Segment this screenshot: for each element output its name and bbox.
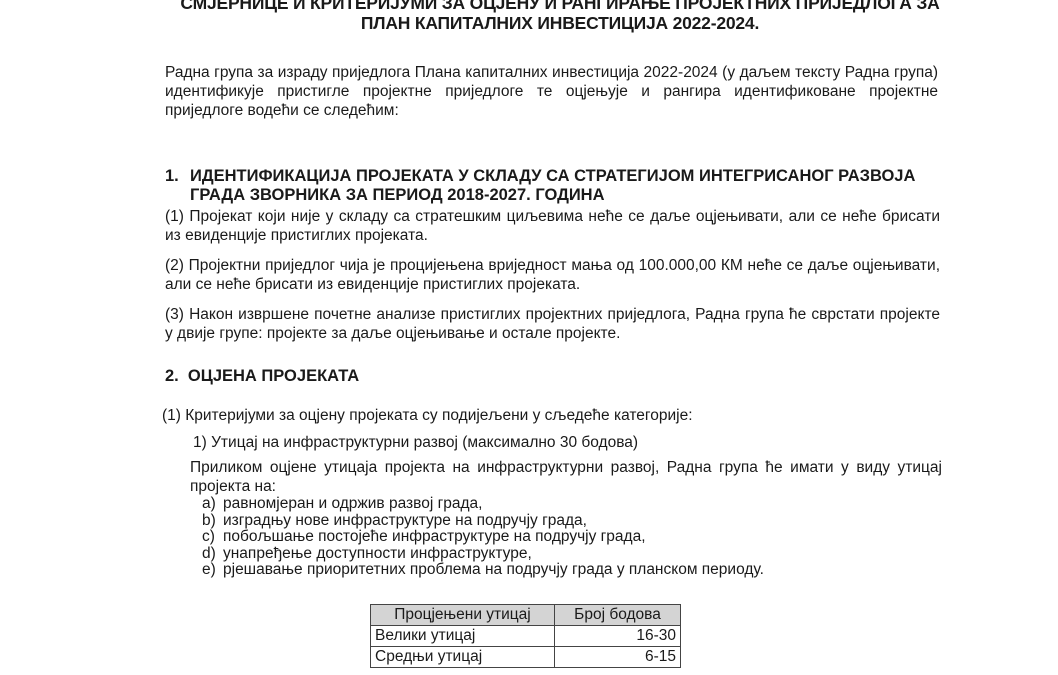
section1-number: 1.	[165, 167, 190, 186]
list-item: e)рјешавање приоритетних проблема на под…	[202, 562, 764, 579]
list-item-letter: e)	[202, 562, 223, 579]
list-item: a)равномјеран и одржив развој града,	[202, 496, 764, 513]
document-title-line1: СМЈЕРНИЦЕ И КРИТЕРИЈУМИ ЗА ОЦЈЕНУ И РАНГ…	[180, 0, 940, 13]
list-item: b)изградњу нове инфраструктуре на подруч…	[202, 513, 764, 530]
section1-heading: 1.ИДЕНТИФИКАЦИЈА ПРОЈЕКАТА У СКЛАДУ СА С…	[165, 167, 945, 205]
section1-paragraph-3: (3) Након извршене почетне анализе прист…	[165, 305, 940, 343]
table-header-row: Процјењени утицај Број бодова	[371, 605, 681, 626]
list-item-letter: d)	[202, 546, 223, 563]
document-page: СМЈЕРНИЦЕ И КРИТЕРИЈУМИ ЗА ОЦЈЕНУ И РАНГ…	[0, 0, 1058, 675]
table-row: Велики утицај 16-30	[371, 626, 681, 647]
table-cell-points: 16-30	[555, 626, 681, 647]
table-cell-impact: Средњи утицај	[371, 647, 555, 668]
list-item-text: изградњу нове инфраструктуре на подручју…	[223, 512, 587, 529]
impact-criteria-list: a)равномјеран и одржив развој града, b)и…	[202, 496, 764, 579]
table-row: Средњи утицај 6-15	[371, 647, 681, 668]
intro-paragraph: Радна група за израду приједлога Плана к…	[165, 63, 938, 120]
column-header-points: Број бодова	[555, 605, 681, 626]
column-header-impact: Процјењени утицај	[371, 605, 555, 626]
impact-score-table: Процјењени утицај Број бодова Велики ути…	[370, 604, 681, 668]
list-item-text: равномјеран и одржив развој града,	[223, 495, 482, 512]
list-item: c)побољшање постојеће инфраструктуре на …	[202, 529, 764, 546]
list-item-text: унапређење доступности инфраструктуре,	[223, 545, 532, 562]
category1-title: 1) Утицај на инфраструктурни развој (мак…	[193, 433, 638, 452]
section1-heading-line2: ГРАДА ЗВОРНИКА ЗА ПЕРИОД 2018-2027. ГОДИ…	[165, 186, 945, 205]
section1-heading-line1: ИДЕНТИФИКАЦИЈА ПРОЈЕКАТА У СКЛАДУ СА СТР…	[190, 167, 915, 185]
table-cell-impact: Велики утицај	[371, 626, 555, 647]
section2-heading: 2. ОЦЈЕНА ПРОЈЕКАТА	[165, 367, 359, 386]
list-item-text: побољшање постојеће инфраструктуре на по…	[223, 528, 646, 545]
document-title-line2: ПЛАН КАПИТАЛНИХ ИНВЕСТИЦИЈА 2022-2024.	[180, 13, 940, 33]
list-item-letter: b)	[202, 513, 223, 530]
section1-paragraph-2: (2) Пројектни приједлог чија је процијењ…	[165, 256, 940, 294]
list-item-text: рјешавање приоритетних проблема на подру…	[223, 561, 764, 578]
list-item-letter: c)	[202, 529, 223, 546]
table-cell-points: 6-15	[555, 647, 681, 668]
criteria-intro: (1) Критеријуми за оцјену пројеката су п…	[162, 406, 693, 425]
category1-text: Приликом оцјене утицаја пројекта на инфр…	[190, 458, 942, 496]
list-item: d)унапређење доступности инфраструктуре,	[202, 546, 764, 563]
section1-paragraph-1: (1) Пројекат који није у складу са страт…	[165, 207, 940, 245]
list-item-letter: a)	[202, 496, 223, 513]
